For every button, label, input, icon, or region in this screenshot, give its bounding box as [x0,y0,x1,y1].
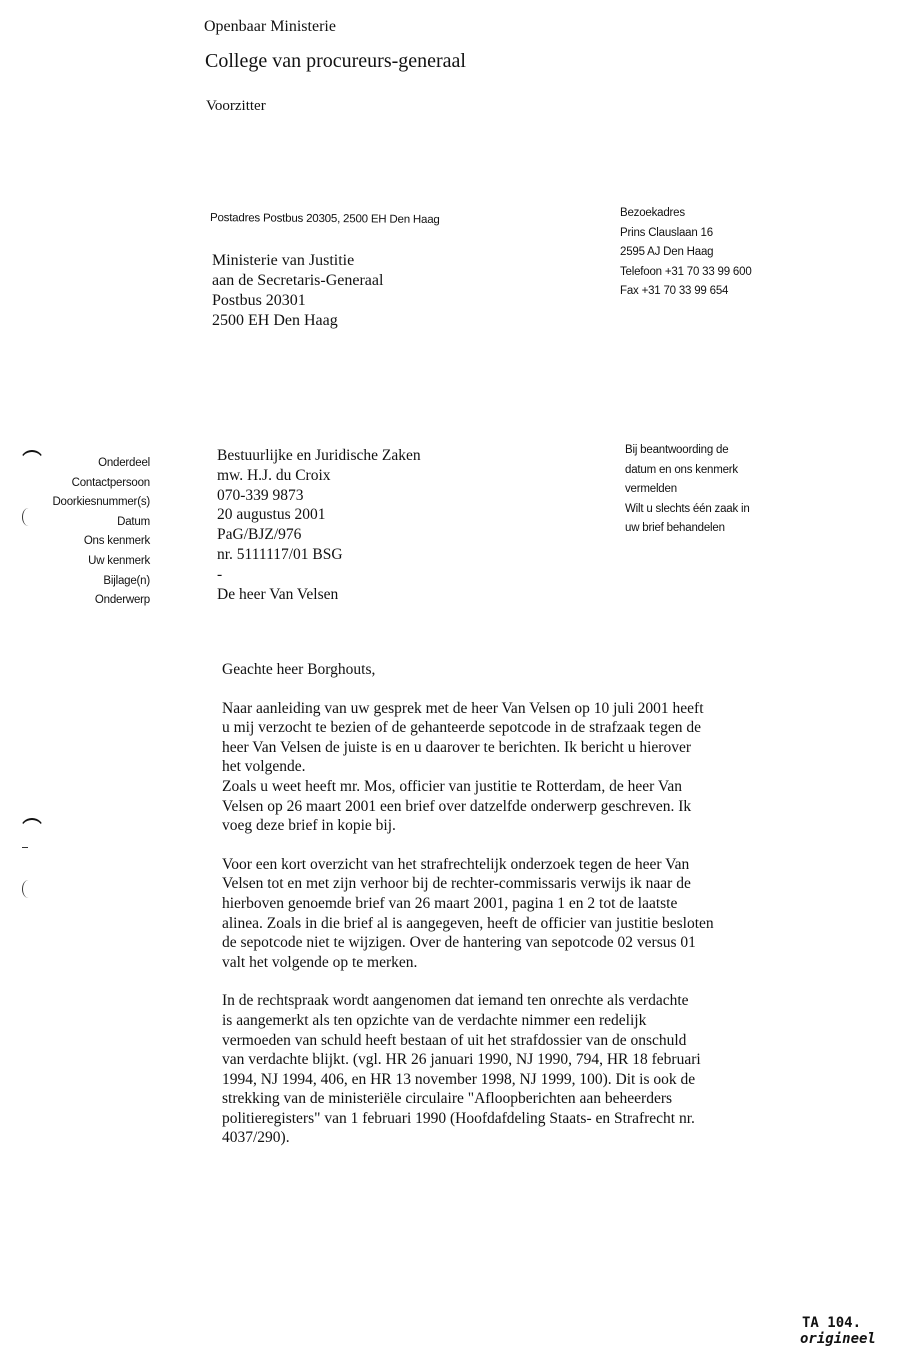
reply-note-line: Bij beantwoording de [625,441,750,461]
organization-name: Openbaar Ministerie [204,18,336,36]
body-line: hierboven genoemde brief van 26 maart 20… [222,894,822,914]
visiting-address-line: 2595 AJ Den Haag [620,243,752,263]
value-datum: 20 augustus 2001 [217,505,421,525]
phone-number: Telefoon +31 70 33 99 600 [620,263,752,283]
reply-note-line: Wilt u slechts één zaak in [625,500,750,520]
punch-hole-mark-icon [22,880,35,898]
letter-body: Geachte heer Borghouts, Naar aanleiding … [222,660,822,1167]
recipient-line: 2500 EH Den Haag [212,311,383,331]
body-line: Velsen tot en met zijn verhoor bij de re… [222,874,822,894]
recipient-line: aan de Secretaris-Generaal [212,271,383,291]
body-line: strekking van de ministeriële circulaire… [222,1089,822,1109]
body-line: het volgende. [222,757,822,777]
salutation: Geachte heer Borghouts, [222,660,822,680]
label-bijlagen: Bijlage(n) [20,572,150,592]
visiting-address-line: Bezoekadres [620,204,752,224]
label-doorkiesnummer: Doorkiesnummer(s) [20,493,150,513]
handwritten-annotation-original: origineel [800,1332,876,1347]
value-uw-kenmerk: nr. 5111117/01 BSG [217,545,421,565]
body-line: vermoeden van schuld heeft bestaan of ui… [222,1031,822,1051]
body-line: 1994, NJ 1994, 406, en HR 13 november 19… [222,1070,822,1090]
value-bijlagen: - [217,565,421,585]
value-onderwerp: De heer Van Velsen [217,585,421,605]
visiting-address-line: Prins Clauslaan 16 [620,224,752,244]
reference-values: Bestuurlijke en Juridische Zaken mw. H.J… [217,446,421,604]
label-contactpersoon: Contactpersoon [20,474,150,494]
label-ons-kenmerk: Ons kenmerk [20,532,150,552]
reply-note-line: datum en ons kenmerk [625,461,750,481]
paragraph-2: Voor een kort overzicht van het strafrec… [222,855,822,973]
reply-note-line: uw brief behandelen [625,519,750,539]
college-name: College van procureurs-generaal [205,50,466,73]
label-uw-kenmerk: Uw kenmerk [20,552,150,572]
recipient-address: Ministerie van Justitie aan de Secretari… [212,251,383,331]
sender-role: Voorzitter [206,98,266,115]
body-line: politieregisters" van 1 februari 1990 (H… [222,1109,822,1129]
reference-labels: Onderdeel Contactpersoon Doorkiesnummer(… [20,454,150,611]
body-line: Naar aanleiding van uw gesprek met de he… [222,699,822,719]
body-line: de sepotcode niet te wijzigen. Over de h… [222,933,822,953]
fax-number: Fax +31 70 33 99 654 [620,282,752,302]
reply-instructions: Bij beantwoording de datum en ons kenmer… [625,441,750,539]
paragraph-1: Naar aanleiding van uw gesprek met de he… [222,699,822,836]
label-datum: Datum [20,513,150,533]
body-line: voeg deze brief in kopie bij. [222,816,822,836]
punch-hole-mark-icon [20,450,44,474]
body-line: 4037/290). [222,1128,822,1148]
value-onderdeel: Bestuurlijke en Juridische Zaken [217,446,421,466]
punch-hole-mark-icon [20,818,44,842]
body-line: Velsen op 26 maart 2001 een brief over d… [222,797,822,817]
handwritten-annotation-reference: TA 104. [802,1316,861,1331]
value-contactpersoon: mw. H.J. du Croix [217,466,421,486]
value-ons-kenmerk: PaG/BJZ/976 [217,525,421,545]
body-line: van verdachte blijkt. (vgl. HR 26 januar… [222,1050,822,1070]
punch-hole-mark-icon [22,508,35,526]
paragraph-3: In de rechtspraak wordt aangenomen dat i… [222,991,822,1148]
body-line: valt het volgende op te merken. [222,953,822,973]
reply-note-line: vermelden [625,480,750,500]
value-doorkiesnummer: 070-339 9873 [217,486,421,506]
body-line: In de rechtspraak wordt aangenomen dat i… [222,991,822,1011]
body-line: is aangemerkt als ten opzichte van de ve… [222,1011,822,1031]
body-line: heer Van Velsen de juiste is en u daarov… [222,738,822,758]
body-line: Zoals u weet heeft mr. Mos, officier van… [222,777,822,797]
visiting-address: Bezoekadres Prins Clauslaan 16 2595 AJ D… [620,204,752,302]
body-line: Voor een kort overzicht van het strafrec… [222,855,822,875]
recipient-line: Ministerie van Justitie [212,251,383,271]
label-onderwerp: Onderwerp [20,591,150,611]
body-line: alinea. Zoals in die brief al is aangege… [222,914,822,934]
body-line: u mij verzocht te bezien of de gehanteer… [222,718,822,738]
postal-address: Postadres Postbus 20305, 2500 EH Den Haa… [210,212,440,226]
recipient-line: Postbus 20301 [212,291,383,311]
scan-mark [22,847,28,848]
